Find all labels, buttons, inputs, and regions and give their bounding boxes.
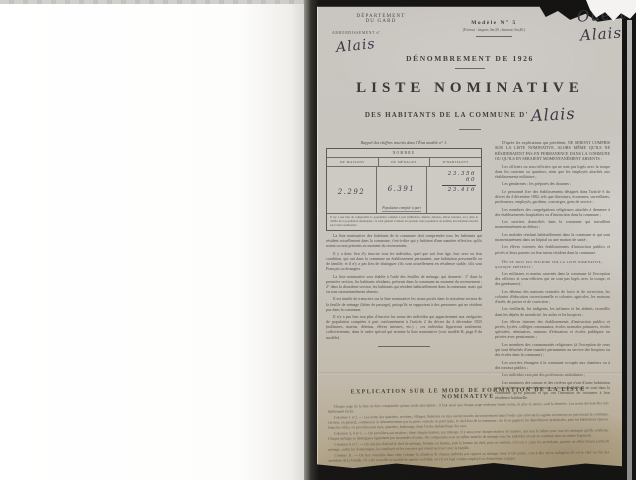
main-title: LISTE NOMINATIVE (318, 80, 622, 97)
right-column: D'après les explications qui précèdent, … (495, 140, 610, 400)
left-paragraph: La liste nominative sera établie à l'aid… (326, 274, 482, 294)
right-intro-paragraph: D'après les explications qui précèdent, … (495, 140, 610, 161)
include-item: Les membres des congrégations religieuse… (495, 207, 610, 217)
title-block: DÉNOMBREMENT DE 1926 LISTE NOMINATIVE DE… (318, 54, 622, 130)
explanation-heading: EXPLICATION SUR LE MODE DE FORMATION DE … (328, 386, 609, 401)
households-note: Population comptée à part (382, 206, 420, 212)
exclude-item: Les membres des communautés religieuses … (495, 342, 610, 357)
department-stamp: DÉPARTEMENT DU GARD ARRONDISSEMENT d' Al… (328, 14, 434, 35)
include-item: Les élèves externes des établissements d… (495, 244, 610, 254)
scan-top-edge (0, 0, 306, 4)
exclude-header: On ne doit pas inscrire sur la liste nom… (495, 259, 610, 269)
column-header-households: DE MÉNAGES (378, 158, 430, 166)
households-value: 6.391 (388, 185, 416, 193)
blank-facing-page (0, 0, 306, 480)
explanation-section: EXPLICATION SUR LE MODE DE FORMATION DE … (328, 386, 610, 463)
document-content: DÉPARTEMENT DU GARD ARRONDISSEMENT d' Al… (318, 4, 622, 470)
model-label: Modèle N° 5 (436, 20, 552, 26)
include-item: Les ouvriers domiciliés dans la commune … (495, 219, 610, 229)
recap-table: NOMBRE DE MAISONS DE MÉNAGES D'HABITANTS… (326, 148, 482, 231)
column-header-inhabitants: D'HABITANTS (429, 158, 481, 166)
left-paragraph: Il n'y a pas lieu non plus d'inscrire le… (326, 314, 482, 340)
table-body: 2.292 6.391 Population comptée à part 23… (327, 167, 481, 213)
left-paragraph: Il y a donc lieu d'y inscrire tous les i… (326, 251, 482, 271)
table-footnote: Il n'y a pas lieu de comprendre la popul… (327, 213, 481, 230)
include-item: Les malades résidant habituellement dans… (495, 232, 610, 242)
instruction-columns: Rappel des chiffres inscrits dans l'État… (326, 140, 610, 400)
sum-rule (442, 185, 476, 186)
include-item: Les gendarmes ; les préposés des douanes… (495, 181, 610, 186)
recap-caption: Rappel des chiffres inscrits dans l'État… (326, 140, 482, 145)
exclude-item: Les vieillards, les indigents, les infir… (495, 306, 610, 316)
format-note: (Format : largeur, 0m,50 ; hauteur, 0m,4… (436, 28, 552, 32)
model-block: Modèle N° 5 (Format : largeur, 0m,50 ; h… (436, 20, 552, 37)
paper-crease (318, 372, 622, 375)
ornament-rule (459, 129, 481, 130)
divider-rule (476, 36, 512, 37)
explanation-paragraph: Colonne 11. — On fera connaître dans cet… (328, 451, 609, 464)
document-page: DÉPARTEMENT DU GARD ARRONDISSEMENT d' Al… (317, 4, 622, 470)
commune-handwritten: Alais (530, 104, 575, 125)
arrondissement-label: ARRONDISSEMENT d' (328, 31, 434, 35)
inhabitants-cell: 23.356 60 23.416 (426, 167, 481, 213)
left-paragraph: Il est inutile de transcrire sur la list… (326, 296, 482, 311)
subtitle-text: DES HABITANTS DE LA COMMUNE D' (365, 111, 529, 119)
explanation-paragraph: Colonnes 1 et 2. — Les noms des quartier… (328, 412, 609, 430)
exclude-item: Les ouvriers étrangers à la commune occu… (495, 360, 610, 370)
divider-rule (455, 68, 485, 69)
exclude-item: Les détenus des maisons centrales de for… (495, 289, 610, 304)
corner-annotation-alais: Alais (579, 24, 622, 45)
left-paragraph: La liste nominative des habitants de la … (326, 233, 482, 248)
page-edge-highlight (627, 20, 632, 480)
table-column-headers: DE MAISONS DE MÉNAGES D'HABITANTS (327, 158, 481, 167)
section-end-rule (378, 346, 430, 347)
exclude-item: Les militaires et marins casernés dans l… (495, 271, 610, 286)
census-title: DÉNOMBREMENT DE 1926 (318, 54, 622, 63)
column-header-houses: DE MAISONS (327, 158, 378, 166)
inhabitants-total: 23.416 (427, 187, 476, 193)
exclude-item: Les élèves internes des établissements d… (495, 319, 610, 339)
include-item: Les officiers ou sous-officiers qui ne s… (495, 164, 610, 179)
houses-value: 2.292 (338, 188, 366, 196)
archival-scan-view: DÉPARTEMENT DU GARD ARRONDISSEMENT d' Al… (0, 0, 636, 480)
inhabitants-counted-apart: 60 (427, 177, 476, 183)
table-group-header: NOMBRE (327, 149, 481, 158)
households-cell: 6.391 Population comptée à part (376, 167, 426, 213)
left-column: Rappel des chiffres inscrits dans l'État… (326, 140, 482, 400)
department-value: DU GARD (328, 19, 434, 24)
subtitle-line: DES HABITANTS DE LA COMMUNE D'Alais (318, 102, 622, 121)
houses-cell: 2.292 (327, 167, 376, 213)
include-item: Le personnel fixe des établissements dés… (495, 189, 610, 204)
